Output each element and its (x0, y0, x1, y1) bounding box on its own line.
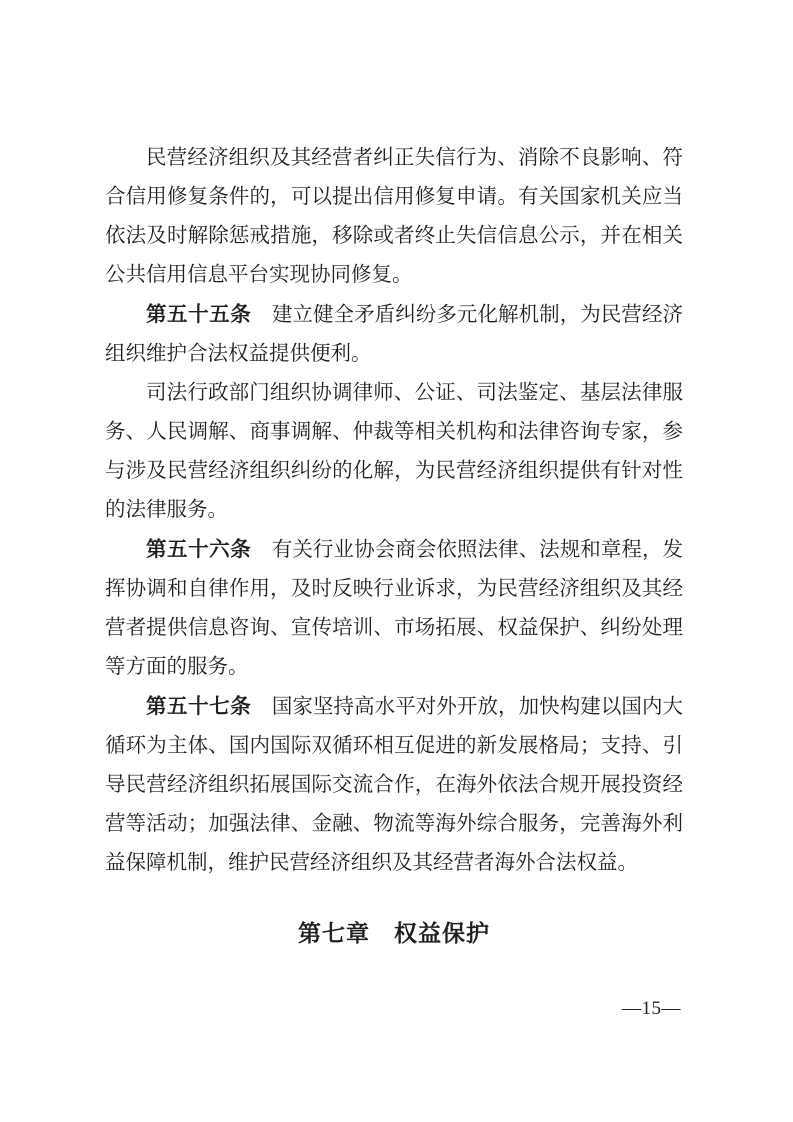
paragraph-judicial-services: 司法行政部门组织协调律师、公证、司法鉴定、基层法律服务、人民调解、商事调解、仲裁… (105, 374, 683, 530)
article-56-number: 第五十六条 (146, 538, 251, 561)
paragraph-credit-repair: 民营经济组织及其经营者纠正失信行为、消除不良影响、符合信用修复条件的，可以提出信… (105, 139, 683, 295)
document-body: 民营经济组织及其经营者纠正失信行为、消除不良影响、符合信用修复条件的，可以提出信… (105, 139, 683, 953)
chapter-heading: 第七章 权益保护 (105, 914, 683, 953)
paragraph-article-57: 第五十七条 国家坚持高水平对外开放，加快构建以国内大循环为主体、国内国际双循环相… (105, 687, 683, 883)
article-57-text: 国家坚持高水平对外开放，加快构建以国内大循环为主体、国内国际双循环相互促进的新发… (105, 696, 683, 874)
document-page: 民营经济组织及其经营者纠正失信行为、消除不良影响、符合信用修复条件的，可以提出信… (0, 0, 793, 1122)
paragraph-article-56: 第五十六条 有关行业协会商会依照法律、法规和章程，发挥协调和自律作用，及时反映行… (105, 530, 683, 687)
paragraph-article-55: 第五十五条 建立健全矛盾纠纷多元化解机制，为民营经济组织维护合法权益提供便利。 (105, 295, 683, 374)
article-57-number: 第五十七条 (146, 695, 251, 718)
page-number: —15— (622, 997, 681, 1020)
article-55-number: 第五十五条 (146, 303, 251, 326)
